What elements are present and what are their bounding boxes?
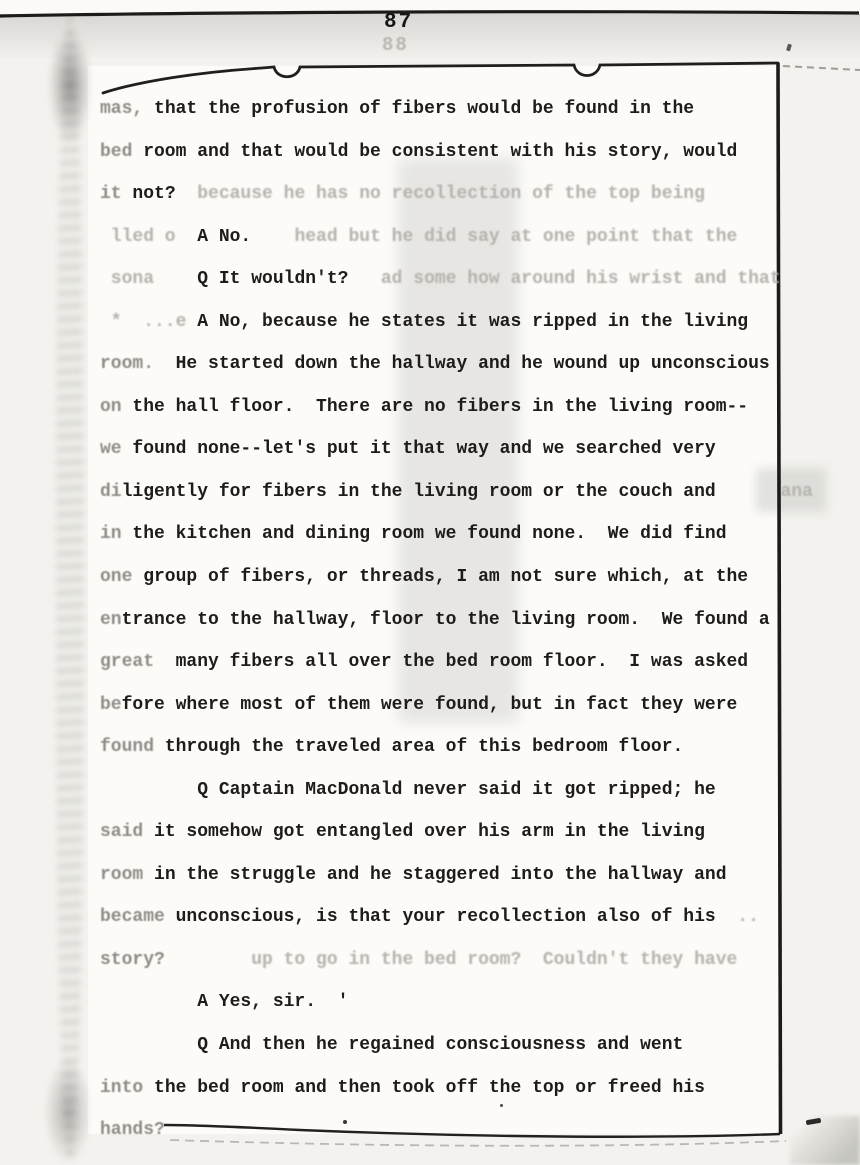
text-line: we found none--let's put it that way and… (100, 437, 824, 480)
transcript-text: mas, that the profusion of fibers would … (100, 97, 824, 1161)
text-segment-faded: en (100, 610, 122, 630)
text-segment-faded: it (100, 184, 122, 204)
text-segment-faded: we (100, 439, 122, 459)
text-line: entrance to the hallway, floor to the li… (100, 608, 824, 651)
text-line: Q And then he regained consciousness and… (100, 1033, 824, 1076)
text-segment-faded: said (100, 822, 143, 842)
text-segment-clear: Q And then he regained consciousness and… (100, 1035, 683, 1055)
text-segment-clear: in the struggle and he staggered into th… (143, 865, 726, 885)
text-segment-ghost: up to go in the bed room? Couldn't they … (165, 950, 738, 970)
text-segment-ghost: sona (100, 269, 154, 289)
text-line: mas, that the profusion of fibers would … (100, 97, 824, 140)
text-segment-ghost: ad some how around his wrist and that (348, 269, 780, 289)
text-segment-faded: became (100, 907, 165, 927)
text-line: hands? (100, 1118, 824, 1161)
text-segment-clear: A Yes, sir. ' (100, 992, 348, 1012)
text-segment-clear: A No, because he states it was ripped in… (186, 312, 748, 332)
text-segment-faded: bed (100, 142, 132, 162)
text-segment-clear: the kitchen and dining room we found non… (122, 524, 727, 544)
text-line: room. He started down the hallway and he… (100, 352, 824, 395)
text-segment-faded: in (100, 524, 122, 544)
text-segment-ghost: * ...e (100, 312, 186, 332)
text-line: into the bed room and then took off the … (100, 1076, 824, 1119)
top-border-dashes (783, 66, 860, 70)
text-segment-clear: Q It wouldn't? (154, 269, 348, 289)
text-segment-faded: one (100, 567, 132, 587)
text-line: on the hall floor. There are no fibers i… (100, 395, 824, 438)
text-line: sona Q It wouldn't? ad some how around h… (100, 267, 824, 310)
text-segment-clear: group of fibers, or threads, I am not su… (132, 567, 748, 587)
text-segment-clear: that the profusion of fibers would be fo… (143, 99, 694, 119)
text-line: one group of fibers, or threads, I am no… (100, 565, 824, 608)
text-segment-clear: trance to the hallway, floor to the livi… (122, 610, 770, 630)
text-segment-faded: hands? (100, 1120, 165, 1140)
text-segment-clear: fore where most of them were found, but … (122, 695, 738, 715)
text-segment-faded: room. (100, 354, 154, 374)
scan-edge-line (0, 12, 859, 16)
text-line: great many fibers all over the bed room … (100, 650, 824, 693)
text-line: it not? because he has no recollection o… (100, 182, 824, 225)
text-segment-clear: the bed room and then took off the top o… (143, 1078, 705, 1098)
text-line: said it somehow got entangled over his a… (100, 820, 824, 863)
text-line: room in the struggle and he staggered in… (100, 863, 824, 906)
text-segment-faded: into (100, 1078, 143, 1098)
text-line: lled o A No. head but he did say at one … (100, 225, 824, 268)
text-line: before where most of them were found, bu… (100, 693, 824, 736)
text-segment-faded: story? (100, 950, 165, 970)
text-line: Q Captain MacDonald never said it got ri… (100, 778, 824, 821)
text-segment-faded: room (100, 865, 143, 885)
text-segment-clear: unconscious, is that your recollection a… (165, 907, 716, 927)
text-line: A Yes, sir. ' (100, 990, 824, 1033)
text-segment-ghost: because he has no recollection of the to… (176, 184, 705, 204)
text-segment-clear: ligently for fibers in the living room o… (122, 482, 716, 502)
text-line: became unconscious, is that your recolle… (100, 905, 824, 948)
text-segment-ghost: lled o (100, 227, 176, 247)
text-segment-clear: found none--let's put it that way and we… (122, 439, 716, 459)
text-segment-clear: Q Captain MacDonald never said it got ri… (100, 780, 716, 800)
text-segment-clear: the hall floor. There are no fibers in t… (122, 397, 749, 417)
text-segment-faded: on (100, 397, 122, 417)
text-segment-clear: many fibers all over the bed room floor.… (154, 652, 748, 672)
text-segment-ghost: ana (716, 482, 813, 502)
text-segment-clear: A No. (176, 227, 252, 247)
text-segment-clear: it somehow got entangled over his arm in… (143, 822, 705, 842)
text-line: found through the traveled area of this … (100, 735, 824, 778)
text-segment-faded: mas, (100, 99, 143, 119)
text-line: * ...e A No, because he states it was ri… (100, 310, 824, 353)
text-line: diligently for fibers in the living room… (100, 480, 824, 523)
text-segment-clear: not? (122, 184, 176, 204)
text-line: story? up to go in the bed room? Couldn'… (100, 948, 824, 991)
text-segment-ghost: head but he did say at one point that th… (251, 227, 737, 247)
text-segment-faded: di (100, 482, 122, 502)
text-line: bed room and that would be consistent wi… (100, 140, 824, 183)
page-top-border (103, 63, 778, 93)
text-segment-clear: through the traveled area of this bedroo… (154, 737, 683, 757)
text-segment-faded: found (100, 737, 154, 757)
text-segment-clear: room and that would be consistent with h… (132, 142, 737, 162)
text-segment-ghost: .. (716, 907, 759, 927)
text-segment-faded: great (100, 652, 154, 672)
text-line: in the kitchen and dining room we found … (100, 522, 824, 565)
text-segment-faded: be (100, 695, 122, 715)
text-segment-clear: He started down the hallway and he wound… (154, 354, 770, 374)
